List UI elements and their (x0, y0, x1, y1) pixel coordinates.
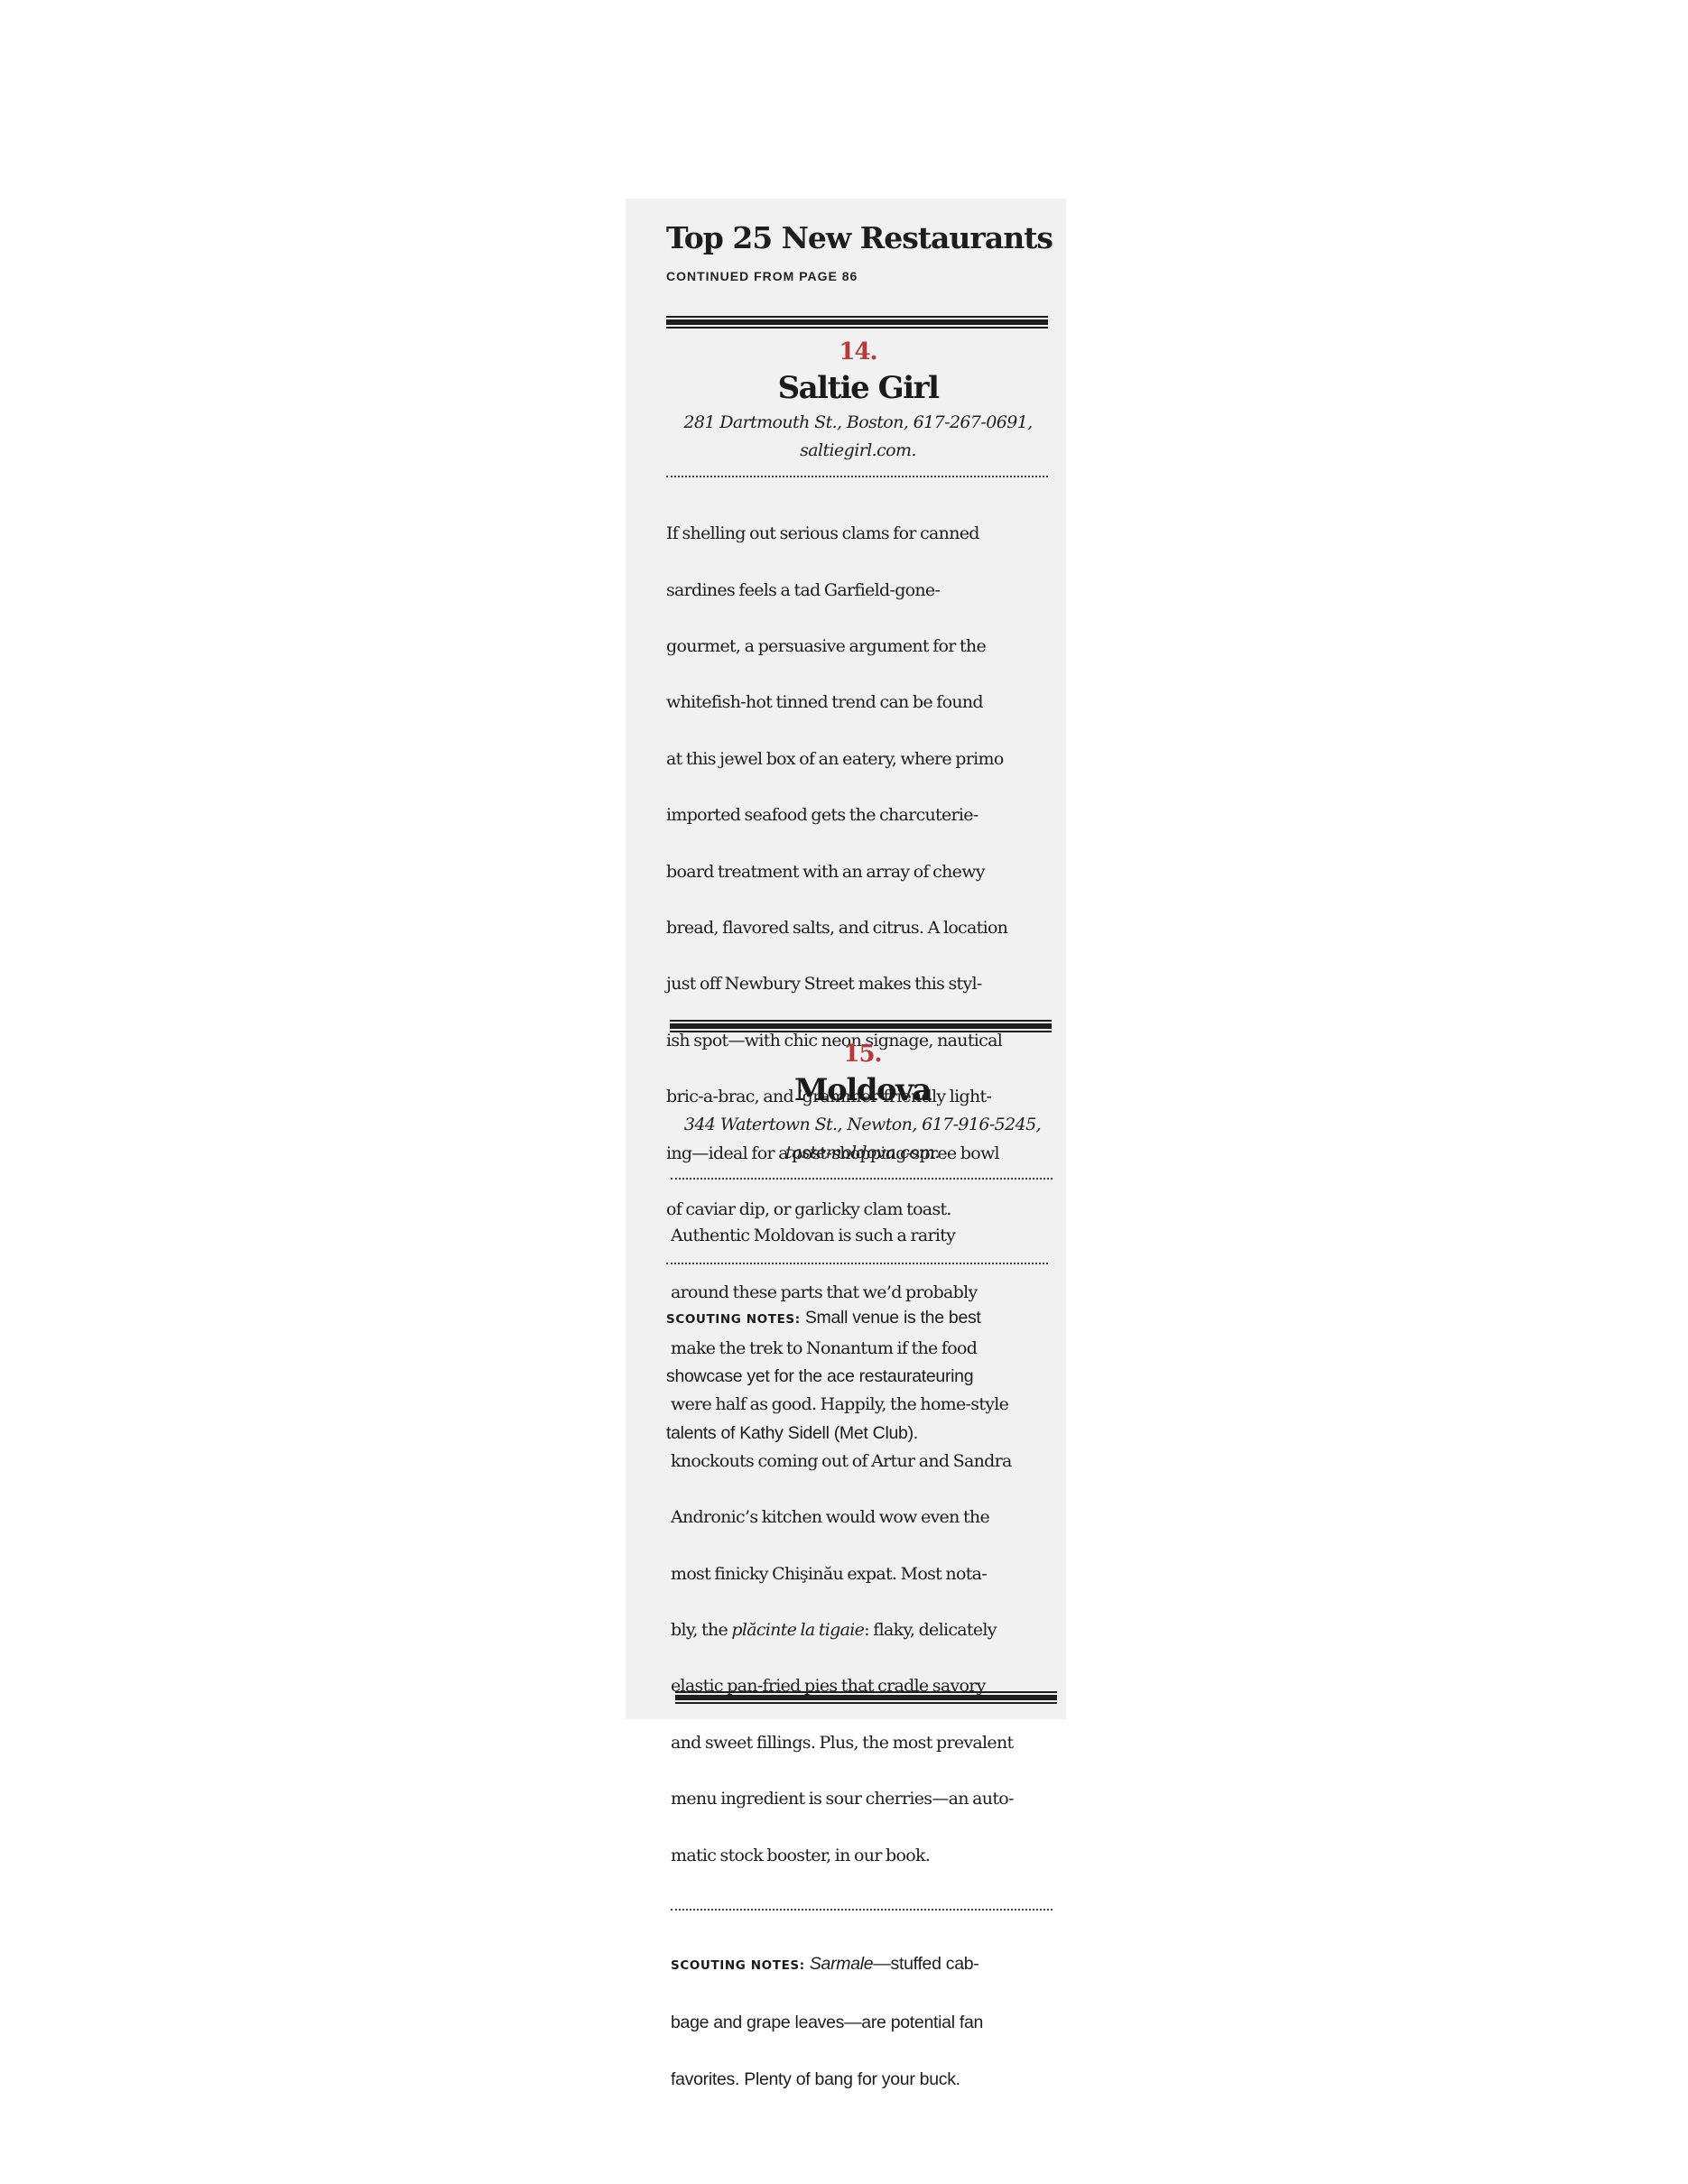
body-line: board treatment with an array of chewy (666, 858, 1050, 886)
dotted-separator (671, 1178, 1053, 1180)
dish-name-italic: Sarmale (810, 1954, 874, 1974)
dotted-separator (671, 1909, 1053, 1911)
body-line: make the trek to Nonantum if the food (671, 1335, 1054, 1363)
body-text-segment: bly, the (671, 1620, 731, 1640)
body-text-segment: : flaky, delicately (864, 1620, 997, 1640)
body-line: at this jewel box of an eatery, where pr… (666, 745, 1050, 773)
double-rule-divider (666, 316, 1048, 329)
restaurant-name: Saltie Girl (666, 369, 1050, 407)
restaurant-address: 281 Dartmouth St., Boston, 617-267-0691,… (666, 409, 1050, 465)
dotted-separator (666, 476, 1048, 477)
website-line: tastemoldova.com. (671, 1139, 1054, 1167)
magazine-clipping: Top 25 New Restaurants CONTINUED FROM PA… (626, 199, 1066, 1719)
restaurant-entry-15: 15. Moldova 344 Watertown St., Newton, 6… (671, 1041, 1054, 2123)
body-line: were half as good. Happily, the home-sty… (671, 1391, 1054, 1419)
notes-line: bage and grape leaves—are potential fan (671, 2009, 1054, 2038)
body-line: sardines feels a tad Garfield-gone- (666, 577, 1050, 605)
review-body: Authentic Moldovan is such a rarity arou… (671, 1194, 1054, 1898)
body-line: and sweet fillings. Plus, the most preva… (671, 1729, 1054, 1757)
body-line: matic stock booster, in our book. (671, 1842, 1054, 1870)
scouting-notes-label: Scouting notes: (671, 1958, 805, 1973)
address-line: 344 Watertown St., Newton, 617-916-5245, (671, 1111, 1054, 1139)
scouting-notes: Scouting notes: Sarmale—stuffed cab- bag… (671, 1921, 1054, 2123)
body-line: around these parts that we’d probably (671, 1279, 1054, 1307)
body-line: Andronic’s kitchen would wow even the (671, 1504, 1054, 1532)
entry-number: 14. (666, 338, 1050, 366)
dish-name-italic: plăcinte la tigaie (731, 1620, 864, 1640)
restaurant-name: Moldova (671, 1071, 1054, 1109)
body-line: whitefish-hot tinned trend can be found (666, 689, 1050, 717)
body-line: bread, flavored salts, and citrus. A loc… (666, 914, 1050, 942)
double-rule-divider (675, 1691, 1057, 1704)
body-line: knockouts coming out of Artur and Sandra (671, 1448, 1054, 1476)
body-line: imported seafood gets the charcuterie- (666, 801, 1050, 829)
body-line: just off Newbury Street makes this styl- (666, 970, 1050, 998)
body-line: If shelling out serious clams for canned (666, 520, 1050, 548)
body-line: most finicky Chişinău expat. Most nota- (671, 1560, 1054, 1588)
entry-number: 15. (671, 1041, 1054, 1068)
notes-line: Scouting notes: Sarmale—stuffed cab- (671, 1950, 1054, 1981)
body-line: Authentic Moldovan is such a rarity (671, 1222, 1054, 1250)
body-line: menu ingredient is sour cherries—an auto… (671, 1785, 1054, 1813)
restaurant-address: 344 Watertown St., Newton, 617-916-5245,… (671, 1111, 1054, 1167)
section-title: Top 25 New Restaurants (666, 220, 1053, 255)
body-line: bly, the plăcinte la tigaie: flaky, deli… (671, 1616, 1054, 1644)
continued-from-label: CONTINUED FROM PAGE 86 (666, 269, 858, 283)
website-line: saltiegirl.com. (666, 437, 1050, 465)
double-rule-divider (670, 1020, 1052, 1032)
body-line: gourmet, a persuasive argument for the (666, 633, 1050, 661)
notes-line: favorites. Plenty of bang for your buck. (671, 2066, 1054, 2095)
notes-text: —stuffed cab- (873, 1954, 978, 1974)
address-line: 281 Dartmouth St., Boston, 617-267-0691, (666, 409, 1050, 437)
